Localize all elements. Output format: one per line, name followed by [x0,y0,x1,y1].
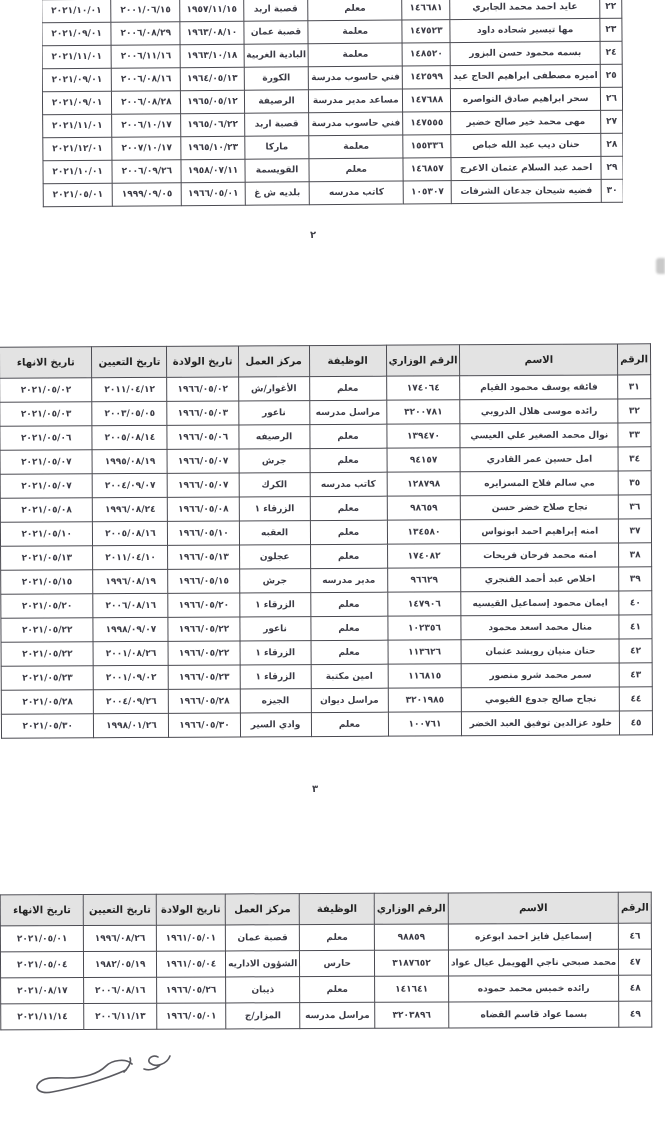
employee-name: فائقه يوسف محمود القيام [460,375,618,400]
appointment-date: ٢٠٠٤/٠٩/٢٦ [94,689,169,713]
termination-date: ٢٠٢١/٠٥/٠٣ [0,402,92,426]
termination-date: ٢٠٢١/٠٥/٠١ [0,926,84,952]
birth-date: ١٩٦١/٠٥/٠٤ [156,951,225,977]
appointment-date: ١٩٩٨/٠١/٢٦ [94,713,169,737]
employee-name: اخلاص عبد أحمد الفنجري [461,567,619,592]
row-number: ٣٠ [601,179,623,202]
appointment-date: ٢٠٠٦/١٠/١٧ [112,114,181,138]
row-number: ٤٢ [619,639,652,663]
work-center: ناعور [240,617,311,641]
birth-date: ١٩٦٦/٠٥/١٣ [168,545,239,569]
job-title: معلمة [308,20,402,44]
work-center: ذيبان [226,977,300,1003]
appointment-date: ٢٠٠٦/٠٨/٢٩ [111,22,180,46]
row-number: ٢٧ [601,110,623,133]
table-row: ٣٤امل حسين عمر القادري٩٤١٥٧معلمجرش١٩٦٦/٠… [0,447,651,474]
employee-name: نجاح صالح جدوع الفيومي [462,687,620,712]
ministry-number: ١٢٨٧٩٨ [387,472,461,496]
birth-date: ١٩٦٥/١٠/٢٣ [181,136,244,159]
column-header: الرقم [618,344,651,375]
appointment-date: ١٩٩٩/٠٩/٠٥ [112,183,181,207]
row-number: ٣٣ [618,423,651,447]
birth-date: ١٩٦١/٠٥/٠١ [156,925,225,951]
ministry-number: ٣٢٠٣٨٩٦ [375,1002,449,1028]
termination-date: ٢٠٢١/٠٩/٠١ [42,91,111,115]
job-title: فني حاسوب مدرسة [309,66,403,90]
appointment-date: ٢٠٠٦/٠٩/٢٦ [112,160,181,184]
termination-date: ٢٠٢١/٠٥/٢٣ [1,666,94,690]
job-title: حارس [300,950,375,976]
birth-date: ١٩٦٦/٠٥/١٠ [168,521,239,545]
ministry-number: ٩٤١٥٧ [387,448,461,472]
work-center: قصبة عمان [243,21,308,45]
appointment-date: ٢٠٠٥/٠٨/١٦ [93,521,168,545]
ministry-number: ١١٣٦٢٦ [388,640,462,664]
ministry-number: ١٤٧٥٢٣ [402,20,451,43]
employees-table-rows-46-49: الرقمالاسمالرقم الوزاريالوظيفةمركز العمل… [0,892,652,1031]
table-row: ٣٨امنه محمد فرحان فريحات١٧٤٠٨٢معلمعجلون١… [1,543,652,570]
appointment-date: ٢٠٠٣/٠٥/٠٥ [92,401,167,425]
work-center: الرصيفه [239,425,310,449]
ministry-number: ١٣٤٥٨٠ [387,520,461,544]
work-center: الشؤون الاداريه [226,951,300,977]
row-number: ٢٥ [600,64,622,87]
column-header: الوظيفة [309,345,386,376]
row-number: ٢٣ [600,18,622,41]
birth-date: ١٩٦٦/٠٥/٢٢ [168,641,239,665]
table-row: ٣٥مي سالم فلاح المسرايره١٢٨٧٩٨كاتب مدرسه… [0,471,651,498]
work-center: الكرك [239,473,310,497]
table-row: ٣٢رائده موسى هلال الدروبي٣٢٠٠٧٨١مراسل مد… [0,399,651,426]
appointment-date: ٢٠٠١/٠٩/٠٢ [94,665,169,689]
row-number: ٢٢ [600,0,622,18]
scanned-document-page: ٢٢عايد احمد محمد الجابري١٤٦٦٨١معلمقصبة ا… [0,0,665,1143]
termination-date: ٢٠٢١/٠٥/٠٤ [0,952,84,978]
employee-name: احمد عبد السلام عثمان الاعرج [451,156,601,180]
work-center: ماركا [244,136,309,160]
birth-date: ١٩٦٦/٠٥/٠١ [157,1003,226,1029]
row-number: ٤٣ [619,663,652,687]
ministry-number: ١٤٧٥٥٥ [403,112,452,135]
work-center: العقبه [239,521,310,545]
termination-date: ٢٠٢١/٠٥/٢٢ [1,618,94,642]
ministry-number: ١٤٦٦٨١ [402,0,451,20]
termination-date: ٢٠٢١/٠٥/٢٨ [1,690,94,714]
table-row: ٤٨رائده خميس محمد حموده١٤١٦٤١معلمذيبان١٩… [1,975,652,1004]
row-number: ٣٧ [619,519,652,543]
appointment-date: ٢٠٠٧/١٠/١٧ [112,137,181,161]
appointment-date: ١٩٩٦/٠٨/١٩ [93,569,168,593]
birth-date: ١٩٦٦/٠٥/٠٦ [167,425,238,449]
employee-name: رائده موسى هلال الدروبي [460,399,618,424]
work-center: الزرقاء ١ [239,593,310,617]
job-title: معلم [310,520,387,544]
appointment-date: ٢٠٠٤/٠٩/٠٧ [93,473,168,497]
job-title: كاتب مدرسه [310,472,387,496]
table-row: ٣٣نوال محمد الصغير علي العيسي١٣٩٤٧٠معلما… [0,423,651,450]
row-number: ٢٨ [601,133,623,156]
employees-table-rows-22-30: ٢٢عايد احمد محمد الجابري١٤٦٦٨١معلمقصبة ا… [42,0,623,207]
ministry-number: ١٠٢٣٥٦ [388,616,462,640]
job-title: معلم [309,376,386,400]
page-number-2: ٢ [310,230,316,241]
ministry-number: ١٥٥٣٣٦ [403,135,452,158]
birth-date: ١٩٦٦/٠٥/٠٣ [167,401,238,425]
job-title: معلم [310,592,387,616]
birth-date: ١٩٦٦/٠٥/٠١ [182,182,245,205]
row-number: ٣١ [618,375,651,399]
scan-edge-artifact [656,258,665,274]
appointment-date: ١٩٩٦/٠٨/٢٤ [93,497,168,521]
termination-date: ٢٠٢١/٠٥/٠٢ [0,378,92,402]
appointment-date: ٢٠١١/٠٤/١٢ [92,377,167,401]
appointment-date: ١٩٨٢/٠٥/١٩ [84,951,157,977]
work-center: بلديه ش غ [245,182,310,206]
column-header: تاريخ الولادة [167,346,238,377]
row-number: ٤٦ [619,923,652,949]
column-header: الرقم الوزاري [374,893,448,924]
table-row: ٤٣سمر محمد شرو منصور١١٦٨١٥امين مكتبةالزر… [1,663,652,690]
job-title: معلم [310,448,387,472]
employee-name: منال محمد اسعد محمود [461,615,619,640]
ministry-number: ١٤٧٦٨٨ [402,89,451,112]
job-title: معلمة [309,43,403,67]
job-title: امين مكتبة [311,664,388,688]
ministry-number: ٣٢٠٠٧٨١ [386,400,460,424]
termination-date: ٢٠٢١/١١/٠١ [42,45,111,69]
employee-name: اميره مصطفى ابراهيم الحاج عيد [451,64,601,88]
table-row: ٤٠ايمان محمود إسماعيل القيسيه١٤٧٩٠٦معلما… [1,591,652,618]
page-number-3: ٣ [312,784,318,795]
appointment-date: ٢٠٠٦/٠٨/١٦ [84,977,157,1003]
table-row: ٣٦نجاح صلاح خضر حسن٩٨٦٥٩معلمالزرقاء ١١٩٦… [0,495,651,522]
birth-date: ١٩٦٦/٠٥/١٥ [168,569,239,593]
employee-name: نجاح صلاح خضر حسن [461,495,619,520]
termination-date: ٢٠٢١/٠٥/٢٢ [1,642,94,666]
employee-name: حنان ديب عبد الله خباص [451,133,601,157]
birth-date: ١٩٦٣/١٠/١٨ [180,44,243,67]
employee-name: سمر محمد شرو منصور [462,663,620,688]
column-header: الوظيفة [300,893,375,924]
employees-table-top-clipped: ٢٢عايد احمد محمد الجابري١٤٦٦٨١معلمقصبة ا… [42,0,623,225]
job-title: مساعد مدير مدرسة [309,89,403,113]
employee-name: نوال محمد الصغير علي العيسي [460,423,618,448]
column-header: تاريخ التعيين [92,346,167,377]
ministry-number: ٩٨٦٥٩ [387,496,461,520]
job-title: معلم [311,712,388,736]
work-center: جرش [239,449,310,473]
ministry-number: ١٧٤٠٦٤ [386,376,460,400]
birth-date: ١٩٦٦/٠٥/٢٠ [168,593,239,617]
employee-name: إسماعيل فايز احمد ابوعزه [448,923,618,950]
work-center: الرصيفة [244,90,309,114]
appointment-date: ٢٠٠٦/١١/١٣ [84,1003,157,1029]
employee-name: محمد صبحي ناجي الهويمل عيال عواد [448,949,618,976]
birth-date: ١٩٦٦/٠٥/٢٦ [156,977,225,1003]
row-number: ٣٢ [618,399,651,423]
termination-date: ٢٠٢١/٠٥/١٠ [0,522,93,546]
work-center: عجلون [239,545,310,569]
employee-name: حنان منيان رويشد عثمان [461,639,619,664]
termination-date: ٢٠٢١/١١/٠١ [43,114,112,138]
birth-date: ١٩٦٦/٠٥/٠٨ [168,497,239,521]
appointment-date: ١٩٩٦/٠٨/٢٦ [84,925,157,951]
termination-date: ٢٠٢١/١١/١٤ [1,1004,85,1030]
work-center: قصبة عمان [225,925,299,951]
employee-name: مهى محمد خير صالح خضير [451,110,601,134]
row-number: ٢٩ [601,156,623,179]
termination-date: ٢٠٢١/٠٥/٠٦ [0,426,92,450]
work-center: القويسمة [245,159,310,183]
table-row: ٣٩اخلاص عبد أحمد الفنجري٩٦٦٢٩مدير مدرسهج… [1,567,652,594]
job-title: معلم [309,424,386,448]
employee-name: مي سالم فلاح المسرايره [461,471,619,496]
ministry-number: ١١٦٨١٥ [388,664,462,688]
row-number: ٢٤ [600,41,622,64]
employee-name: بسما عواد قاسم القضاه [449,1001,619,1028]
table-row: ٣٠فضيه شيحان جدعان الشرفات١٠٥٣٠٧كاتب مدر… [43,179,623,207]
job-title: مراسل مدرسه [300,1002,375,1028]
termination-date: ٢٠٢١/٠٩/٠١ [42,22,111,46]
birth-date: ١٩٦٦/٠٥/٠٧ [167,449,238,473]
column-header: الرقم [618,892,651,923]
row-number: ٤١ [619,615,652,639]
handwritten-signature-icon [20,1042,180,1102]
table-row: ٤٦إسماعيل فايز احمد ابوعزه٩٨٨٥٩معلمقصبة … [0,923,651,952]
termination-date: ٢٠٢١/٠٥/٣٠ [1,714,94,738]
ministry-number: ١٠٥٣٠٧ [403,181,452,204]
ministry-number: ١٣٩٤٧٠ [386,424,460,448]
job-title: كاتب مدرسه [310,181,404,205]
column-header: تاريخ الولادة [156,894,225,925]
birth-date: ١٩٦٣/٠٨/١٠ [180,21,243,44]
job-title: معلم [310,616,387,640]
appointment-date: ٢٠٠٦/١١/١٦ [111,45,180,69]
table-row: ٣١فائقه يوسف محمود القيام١٧٤٠٦٤معلمالأغو… [0,375,651,402]
job-title: معلم [300,924,375,950]
work-center: ناعور [238,401,309,425]
appointment-date: ٢٠١١/٠٤/١٠ [93,545,168,569]
termination-date: ٢٠٢١/٠٥/٠١ [43,183,112,207]
appointment-date: ٢٠٠٥/٠٨/١٤ [92,425,167,449]
work-center: جرش [239,569,310,593]
termination-date: ٢٠٢١/٠٥/١٥ [1,570,94,594]
birth-date: ١٩٦٦/٠٥/٠٧ [168,473,239,497]
row-number: ٣٨ [619,543,652,567]
row-number: ٤٥ [620,711,653,735]
termination-date: ٢٠٢١/١٠/٠١ [43,160,112,184]
ministry-number: ١٤٨٥٢٠ [402,43,451,66]
ministry-number: ١٧٤٠٨٢ [387,544,461,568]
work-center: الزرقاء ١ [239,497,310,521]
row-number: ٣٩ [619,567,652,591]
appointment-date: ٢٠٠٦/٠٨/١٦ [111,68,180,92]
work-center: المزار/ج [226,1003,300,1029]
employee-name: خلود عزالدين توفيق العبد الخضر [462,711,620,736]
birth-date: ١٩٥٨/٠٧/١١ [181,159,244,182]
termination-date: ٢٠٢١/٠٨/١٧ [1,978,85,1004]
row-number: ٤٠ [619,591,652,615]
termination-date: ٢٠٢١/١٠/٠١ [42,0,111,23]
appointment-date: ١٩٩٨/٠٩/٠٧ [93,617,168,641]
header-row: الرقمالاسمالرقم الوزاريالوظيفةمركز العمل… [0,892,651,926]
column-header: الاسم [460,344,618,376]
column-header: الرقم الوزاري [386,345,460,376]
employee-name: عايد احمد محمد الجابري [450,0,600,20]
column-header: الاسم [448,892,618,924]
job-title: معلم [300,976,375,1002]
employee-name: امنه إبراهيم احمد ابونواس [461,519,619,544]
birth-date: ١٩٦٦/٠٥/٢٢ [168,617,239,641]
job-title: مدير مدرسه [310,568,387,592]
ministry-number: ١٤٦٨٥٧ [403,158,452,181]
employee-name: امل حسين عمر القادري [460,447,618,472]
column-header: تاريخ الانهاء [0,347,92,378]
termination-date: ٢٠٢١/٠٩/٠١ [42,68,111,92]
job-title: معلم [308,0,402,21]
work-center: الأغوار/ش [238,377,309,401]
job-title: مراسل مدرسه [309,400,386,424]
work-center: قصبة اربد [243,0,308,21]
employee-name: فضيه شيحان جدعان الشرفات [452,179,602,203]
birth-date: ١٩٦٥/٠٦/٢٢ [181,113,244,136]
employee-name: سحر ابراهيم صادق النواصره [451,87,601,111]
column-header: مركز العمل [225,894,299,925]
table-row: ٤١منال محمد اسعد محمود١٠٢٣٥٦معلمناعور١٩٦… [1,615,652,642]
ministry-number: ١٤٧٩٠٦ [387,592,461,616]
appointment-date: ١٩٩٥/٠٨/١٩ [92,449,167,473]
job-title: معلم [310,544,387,568]
employee-name: بسمه محمود حسن البزور [450,41,600,65]
ministry-number: ٩٨٨٥٩ [374,924,448,950]
work-center: قصبة اربد [244,113,309,137]
work-center: وادي السير [240,713,311,737]
row-number: ٤٤ [619,687,652,711]
birth-date: ١٩٦٦/٠٥/٣٠ [169,713,240,737]
birth-date: ١٩٥٧/١١/١٥ [180,0,243,22]
appointment-date: ٢٠٠١/٠٨/٢٦ [93,641,168,665]
row-number: ٣٤ [618,447,651,471]
work-center: الزرقاء ١ [240,665,311,689]
work-center: البادية الغربية [244,44,309,68]
table-row: ٤٧محمد صبحي ناجي الهويمل عيال عواد٣١٨٧٦٥… [0,949,651,978]
table-row: ٣٧امنه إبراهيم احمد ابونواس١٣٤٥٨٠معلمالع… [0,519,651,546]
termination-date: ٢٠٢١/٠٥/١٣ [1,546,94,570]
appointment-date: ٢٠٠١/٠٦/١٥ [111,0,180,22]
birth-date: ١٩٦٦/٠٥/٠٢ [167,377,238,401]
table-row: ٤٥خلود عزالدين توفيق العبد الخضر١٠٠٧٦١مع… [1,711,652,738]
job-title: معلم [310,496,387,520]
table-row: ٤٤نجاح صالح جدوع الفيومي٣٢٠١٩٨٥مراسل ديو… [1,687,652,714]
job-title: معلم [311,640,388,664]
work-center: الكورة [244,67,309,91]
row-number: ٤٩ [619,1001,652,1027]
termination-date: ٢٠٢١/١٢/٠١ [43,137,112,161]
birth-date: ١٩٦٦/٠٥/٢٨ [169,689,240,713]
row-number: ٢٦ [600,87,622,110]
ministry-number: ١٤٢٥٩٩ [402,66,451,89]
birth-date: ١٩٦٥/٠٥/١٢ [181,90,244,113]
work-center: الزرقاء ١ [240,641,311,665]
termination-date: ٢٠٢١/٠٥/٠٨ [0,498,93,522]
row-number: ٤٨ [619,975,652,1001]
job-title: مراسل ديوان [311,688,388,712]
row-number: ٣٦ [618,495,651,519]
employee-name: امنه محمد فرحان فريحات [461,543,619,568]
table-row: ٤٢حنان منيان رويشد عثمان١١٣٦٢٦معلمالزرقا… [1,639,652,666]
work-center: الجيزه [240,689,311,713]
row-number: ٣٥ [618,471,651,495]
appointment-date: ٢٠٠٦/٠٨/٢٨ [112,91,181,115]
termination-date: ٢٠٢١/٠٥/٠٧ [0,474,93,498]
ministry-number: ٩٦٦٢٩ [387,568,461,592]
termination-date: ٢٠٢١/٠٥/٢٠ [1,594,94,618]
column-header: تاريخ التعيين [84,894,157,925]
employees-table-rows-31-45: الرقمالاسمالرقم الوزاريالوظيفةمركز العمل… [0,343,653,738]
ministry-number: ١٠٠٧٦١ [388,712,462,736]
employee-name: ايمان محمود إسماعيل القيسيه [461,591,619,616]
ministry-number: ٣١٨٧٦٥٢ [375,950,449,976]
header-row: الرقمالاسمالرقم الوزاريالوظيفةمركز العمل… [0,344,651,378]
job-title: فني حاسوب مدرسة [309,112,403,136]
column-header: تاريخ الانهاء [0,895,84,926]
termination-date: ٢٠٢١/٠٥/٠٧ [0,450,93,474]
row-number: ٤٧ [619,949,652,975]
appointment-date: ٢٠٠٦/٠٨/١٦ [93,593,168,617]
birth-date: ١٩٦٤/٠٥/١٣ [181,67,244,90]
table-row: ٤٩بسما عواد قاسم القضاه٣٢٠٣٨٩٦مراسل مدرس… [1,1001,652,1030]
ministry-number: ٣٢٠١٩٨٥ [388,688,462,712]
job-title: معلم [309,158,403,182]
employee-name: رائده خميس محمد حموده [448,975,618,1002]
ministry-number: ١٤١٦٤١ [375,976,449,1002]
employee-name: مها تيسير شحاده داود [450,18,600,42]
birth-date: ١٩٦٦/٠٥/٢٣ [169,665,240,689]
job-title: معلمة [309,135,403,159]
column-header: مركز العمل [238,346,309,377]
